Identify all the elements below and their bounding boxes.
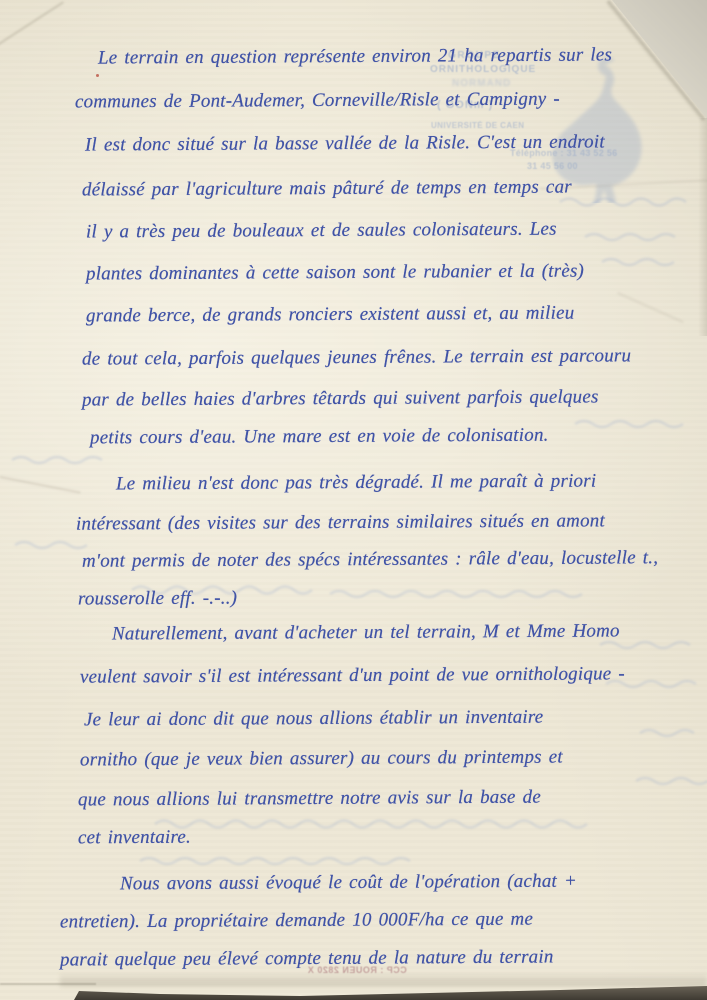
handwritten-line: Le terrain en question représente enviro… xyxy=(98,44,612,69)
handwritten-line: intéressant (des visites sur des terrain… xyxy=(76,510,605,535)
handwritten-line: Naturellement, avant d'acheter un tel te… xyxy=(112,620,620,645)
handwritten-line: m'ont permis de noter des spécs intéress… xyxy=(82,547,658,573)
letterhead-phone-line: 31 45 56 00 xyxy=(527,161,578,171)
handwritten-line: rousserolle eff. -.-..) xyxy=(78,588,237,611)
paper-crease xyxy=(0,476,80,494)
letter-page: GROUPE ORNITHOLOGIQUE NORMAND ( GONm ) U… xyxy=(0,0,707,1000)
handwritten-line: il y a très peu de bouleaux et de saules… xyxy=(86,219,557,244)
paper-crease xyxy=(617,292,684,323)
handwritten-line: Il est donc situé sur la basse vallée de… xyxy=(85,131,605,156)
handwritten-line: ornitho (que je veux bien assurer) au co… xyxy=(80,747,563,772)
handwritten-line: que nous allions lui transmettre notre a… xyxy=(78,787,541,812)
right-edge-shadow xyxy=(698,118,707,336)
folded-corner xyxy=(610,0,707,119)
handwritten-line: Je leur ai donc dit que nous allions éta… xyxy=(84,707,544,732)
handwritten-line: Nous avons aussi évoqué le coût de l'opé… xyxy=(120,871,577,896)
paper-crease xyxy=(0,1,64,47)
handwritten-line: par de belles haies d'arbres têtards qui… xyxy=(82,386,599,411)
ink-speck xyxy=(96,74,99,77)
handwritten-line: grande berce, de grands ronciers existen… xyxy=(86,303,575,328)
handwritten-line: cet inventaire. xyxy=(78,827,191,850)
handwritten-line: de tout cela, parfois quelques jeunes fr… xyxy=(82,345,631,370)
handwritten-line: entretien). La propriétaire demande 10 0… xyxy=(60,909,533,934)
handwritten-line: communes de Pont-Audemer, Corneville/Ris… xyxy=(75,89,560,114)
bottom-edge-shadow xyxy=(60,972,707,986)
handwritten-line: parait quelque peu élevé compte tenu de … xyxy=(60,946,554,971)
handwritten-line: petits cours d'eau. Une mare est en voie… xyxy=(90,425,549,450)
letterhead-org-line: UNIVERSITÉ DE CAEN xyxy=(431,121,524,130)
handwritten-line: Le milieu n'est donc pas très dégradé. I… xyxy=(116,471,596,496)
letterhead-org-line: NORMAND xyxy=(452,78,511,89)
scan-bottom-edge xyxy=(0,984,707,1000)
handwritten-line: plantes dominantes à cette saison sont l… xyxy=(86,260,584,285)
handwritten-line: veulent savoir s'il est intéressant d'un… xyxy=(80,663,625,688)
handwritten-line: délaissé par l'agriculture mais pâturé d… xyxy=(82,177,572,202)
